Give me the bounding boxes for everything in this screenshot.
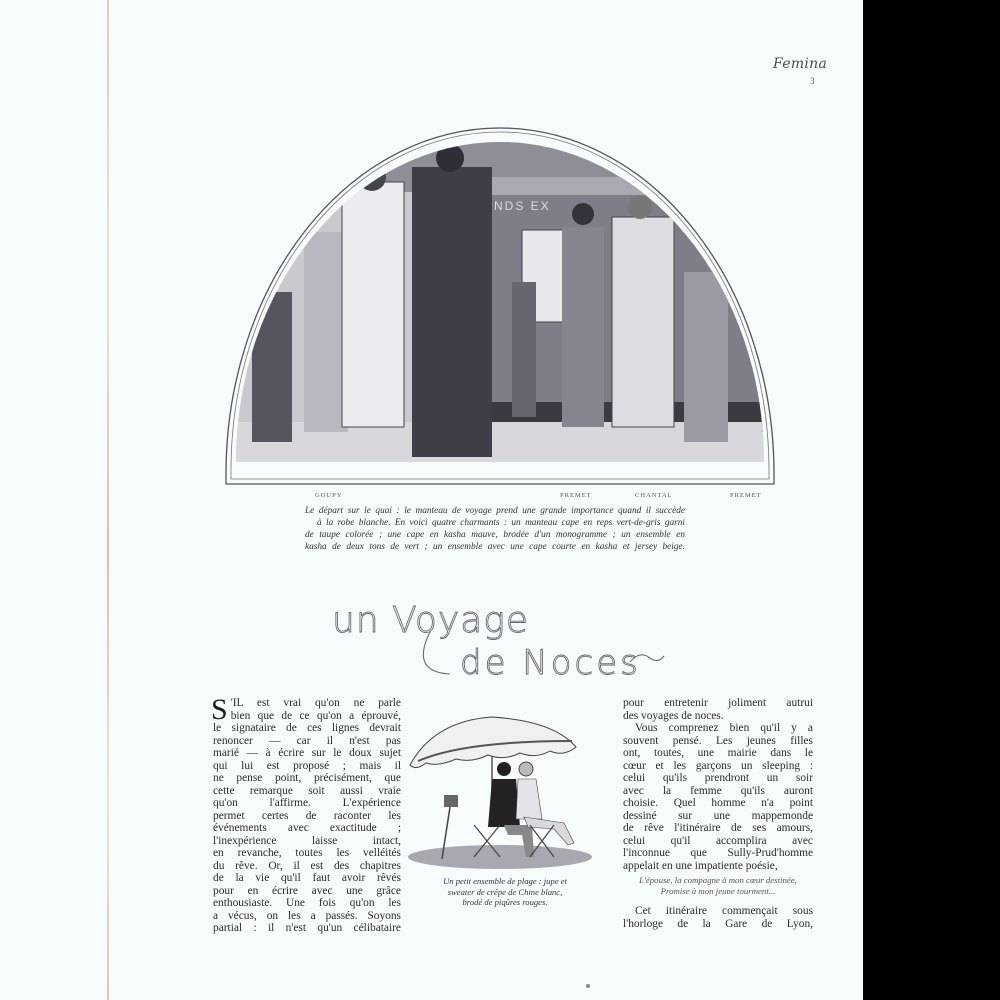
credit-premet-1: PREMET — [560, 492, 592, 499]
caption-line: sweater de crêpe de Chine blanc, — [425, 887, 585, 898]
text-line: du rêve. Or, il est des chapitres — [213, 860, 401, 873]
poem-quote: L'épouse, la compagne à mon cœur destiné… — [623, 875, 813, 897]
article-left-column: S 'IL est vrai qu'on ne parle bien que d… — [213, 697, 401, 935]
page-gutter-fold — [107, 0, 109, 1000]
scan-black-margin — [863, 0, 1000, 1000]
article-right-column: pour entretenir joliment autrui des voya… — [623, 697, 813, 930]
text-line: bien que de ce qu'on a éprouvé, — [213, 710, 401, 723]
caption-line: de taupe colorée ; une cape en kasha mau… — [305, 529, 685, 541]
text-line: permet certes de raconter les — [213, 810, 401, 823]
text-line: qu'on l'affirme. L'expérience — [213, 797, 401, 810]
drop-cap: S — [211, 698, 228, 722]
verse-line: L'épouse, la compagne à mon cœur destiné… — [623, 875, 813, 886]
text-line: Cet itinéraire commençait sous — [623, 905, 813, 918]
text-line: 'IL est vrai qu'on ne parle — [213, 697, 401, 710]
print-speck — [586, 984, 590, 988]
text-line: des voyages de noces. — [623, 710, 813, 723]
text-line: partial : il n'est qu'un célibataire — [213, 922, 401, 935]
text-line: celui qu'ils prendront un soir — [623, 772, 813, 785]
caption-line: kasha de deux tons de vert ; un ensemble… — [305, 541, 685, 553]
text-line: avec la femme qu'ils auront — [623, 785, 813, 798]
credit-goupy: GOUPY — [315, 492, 342, 499]
caption-line: Le départ sur le quai : le manteau de vo… — [305, 505, 685, 517]
text-line: l'inexpérience laisse intact, — [213, 835, 401, 848]
caption-line: à la robe blanche. En voici quatre charm… — [305, 517, 685, 529]
page-number: 3 — [810, 76, 815, 86]
text-line: ont, toutes, une mairie dans le — [623, 747, 813, 760]
text-line: en revanche, toutes les velléités — [213, 847, 401, 860]
text-line: cœur et les garçons un sleeping : — [623, 760, 813, 773]
caption-line: Un petit ensemble de plage : jupe et — [425, 876, 585, 887]
text-line: choisie. Quel homme n'a point — [623, 797, 813, 810]
text-line: pour entretenir joliment autrui — [623, 697, 813, 710]
text-line: le signataire de ces lignes devrait — [213, 722, 401, 735]
text-line: de rêve l'itinéraire de ses amours, — [623, 822, 813, 835]
text-line: de la vie qu'il faut avoir rêvés — [213, 872, 401, 885]
text-line: celui qu'il accomplira avec — [623, 835, 813, 848]
text-line: ne pense point, précisément, que — [213, 772, 401, 785]
art-deco-title-lettering-icon: un Voyage de Noces — [330, 592, 670, 680]
text-line: événements avec exactitude ; — [213, 822, 401, 835]
caption-line: brodé de piqûres rouges. — [425, 897, 585, 908]
credit-premet-2: PREMET — [730, 492, 762, 499]
platform-illustration: GRANDS EX — [222, 122, 778, 488]
railway-platform-scene-icon: GRANDS EX — [222, 122, 778, 488]
text-line: a vécus, on les a passés. Soyons — [213, 910, 401, 923]
text-line: marié — à écrire sur le doux sujet — [213, 747, 401, 760]
masthead-logo: Femina — [773, 56, 827, 72]
verse-line: Promise à mon jeune tourment... — [623, 886, 813, 897]
text-line: enthousiaste. Une fois qu'on les — [213, 897, 401, 910]
text-line: renoncer — car il n'est pas — [213, 735, 401, 748]
text-line: souvent pensé. Les jeunes filles — [623, 735, 813, 748]
text-line: cette remarque soit aussi vraie — [213, 785, 401, 798]
article-title: un Voyage de Noces — [330, 592, 670, 680]
text-line: Vous comprenez bien qu'il y a — [623, 722, 813, 735]
svg-text:de Noces: de Noces — [460, 643, 641, 680]
beach-parasol-couple-icon — [404, 707, 596, 872]
text-line: appelait en une impatiente poésie, — [623, 860, 813, 873]
text-line: qui lui est proposé ; mais il — [213, 760, 401, 773]
platform-caption: Le départ sur le quai : le manteau de vo… — [305, 505, 685, 553]
designer-credits: GOUPY PREMET CHANTAL PREMET — [300, 492, 780, 504]
text-line: l'inconnue que Sully-Prud'homme — [623, 847, 813, 860]
svg-text:un Voyage: un Voyage — [332, 600, 529, 641]
text-line: l'horloge de la Gare de Lyon, — [623, 918, 813, 931]
credit-chantal: CHANTAL — [635, 492, 673, 499]
text-line: dessiné sur une mappemonde — [623, 810, 813, 823]
beach-illustration — [404, 707, 596, 872]
text-line: pour en écrire avec une grâce — [213, 885, 401, 898]
beach-caption: Un petit ensemble de plage : jupe et swe… — [425, 876, 585, 908]
